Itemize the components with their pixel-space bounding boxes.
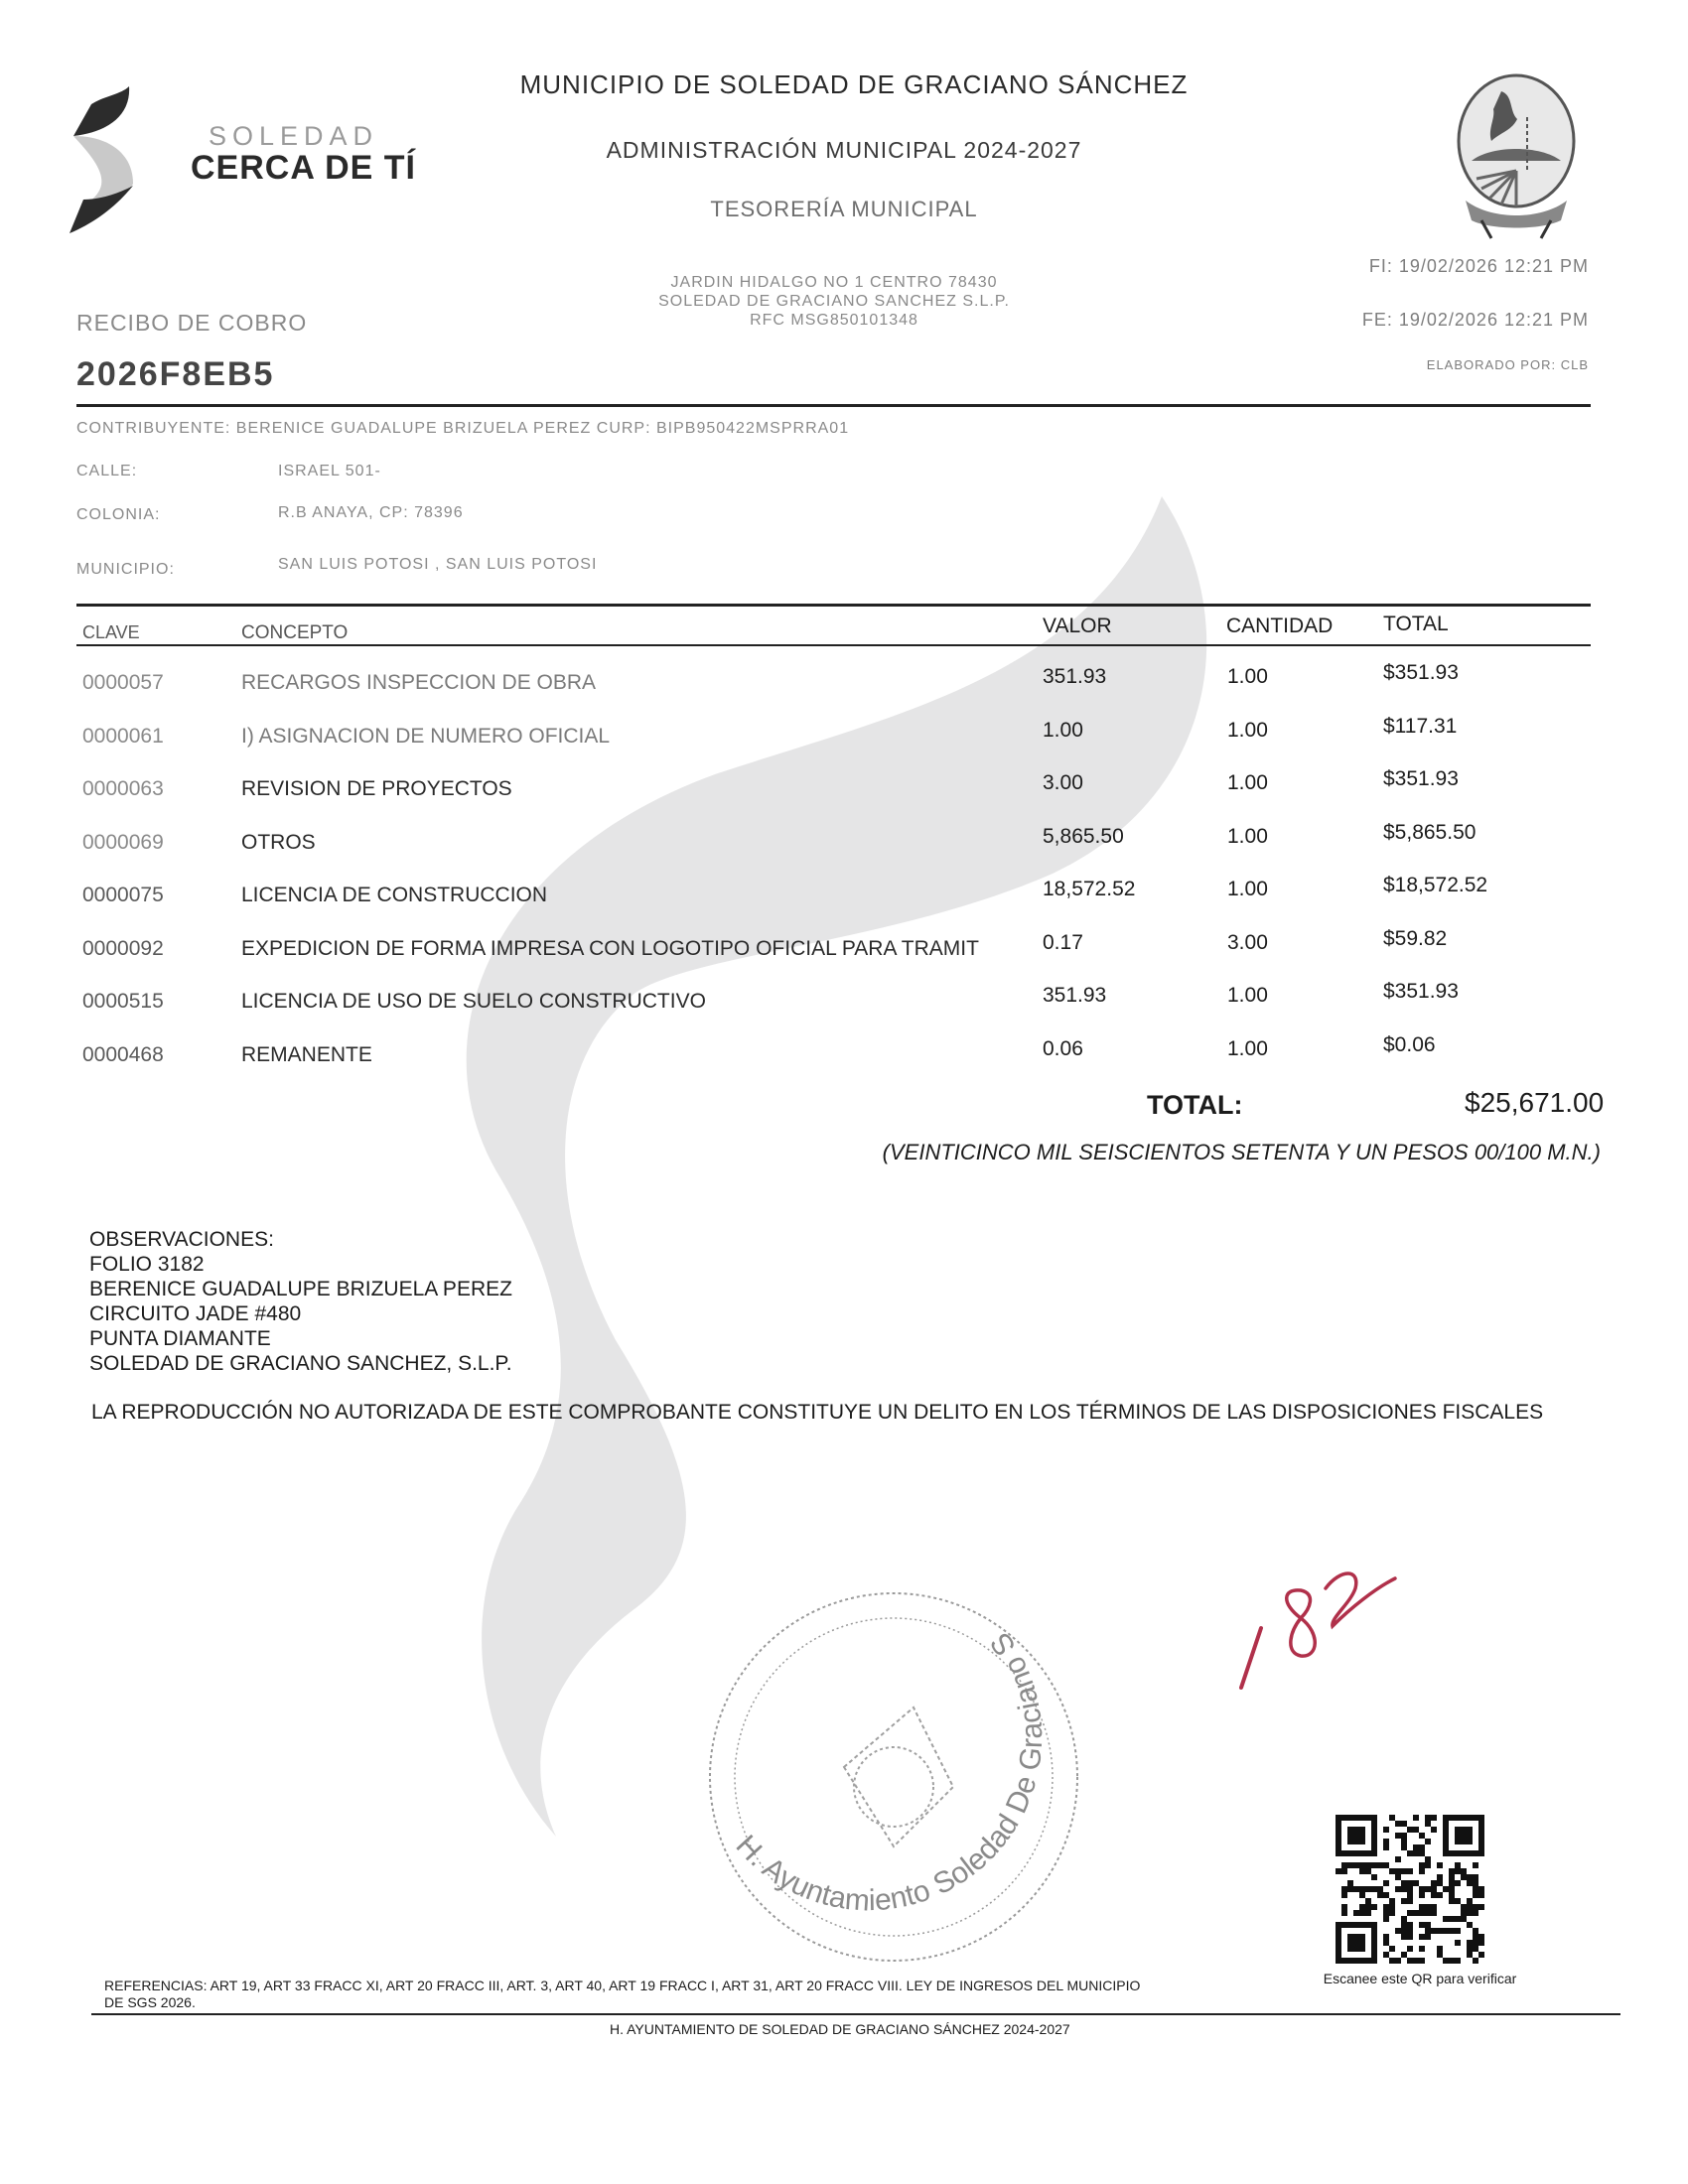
row-clave: 0000063: [82, 777, 164, 801]
row-cantidad: 1.00: [1227, 719, 1268, 743]
total-in-words: (VEINTICINCO MIL SEISCIENTOS SETENTA Y U…: [0, 1140, 1601, 1165]
observations: OBSERVACIONES: FOLIO 3182 BERENICE GUADA…: [89, 1227, 512, 1376]
prepared-by: ELABORADO POR: CLB: [1427, 357, 1589, 372]
colonia-value: R.B ANAYA, CP: 78396: [278, 504, 464, 522]
row-clave: 0000069: [82, 831, 164, 855]
row-cantidad: 3.00: [1227, 931, 1268, 955]
observation-line: CIRCUITO JADE #480: [89, 1301, 512, 1326]
table-header-rule: [76, 644, 1591, 646]
row-valor: 0.06: [1043, 1037, 1083, 1061]
row-clave: 0000075: [82, 884, 164, 907]
row-clave: 0000468: [82, 1043, 164, 1067]
row-total: $117.31: [1383, 715, 1457, 739]
row-valor: 1.00: [1043, 719, 1083, 743]
footer-text: H. AYUNTAMIENTO DE SOLEDAD DE GRACIANO S…: [610, 2021, 1070, 2037]
row-total: $0.06: [1383, 1033, 1436, 1057]
municipal-crest-icon: [1452, 71, 1581, 240]
row-cantidad: 1.00: [1227, 878, 1268, 901]
row-cantidad: 1.00: [1227, 1037, 1268, 1061]
row-total: $59.82: [1383, 927, 1447, 951]
row-concepto: OTROS: [241, 831, 316, 855]
row-total: $351.93: [1383, 980, 1459, 1004]
row-concepto: LICENCIA DE CONSTRUCCION: [241, 884, 547, 907]
address-line: RFC MSG850101348: [556, 311, 1112, 330]
legal-references: REFERENCIAS: ART 19, ART 33 FRACC XI, AR…: [104, 1978, 1147, 2011]
address-line: SOLEDAD DE GRACIANO SANCHEZ S.L.P.: [556, 292, 1112, 311]
row-clave: 0000061: [82, 725, 164, 749]
observations-heading: OBSERVACIONES:: [89, 1227, 512, 1252]
total-value: $25,671.00: [1465, 1087, 1604, 1119]
col-header-cantidad: CANTIDAD: [1226, 614, 1333, 638]
qr-caption: Escanee este QR para verificar: [1291, 1971, 1549, 1986]
row-concepto: REMANENTE: [241, 1043, 372, 1067]
row-concepto: LICENCIA DE USO DE SUELO CONSTRUCTIVO: [241, 990, 706, 1014]
row-valor: 351.93: [1043, 984, 1106, 1008]
col-header-concepto: CONCEPTO: [241, 622, 348, 644]
receipt-label: RECIBO DE COBRO: [76, 310, 307, 337]
row-valor: 5,865.50: [1043, 825, 1124, 849]
col-header-valor: VALOR: [1043, 614, 1112, 638]
col-header-clave: CLAVE: [82, 622, 140, 643]
effective-date: FE: 19/02/2026 12:21 PM: [1362, 310, 1589, 331]
qr-code-icon[interactable]: [1331, 1815, 1489, 1964]
contributor-line: CONTRIBUYENTE: BERENICE GUADALUPE BRIZUE…: [76, 420, 849, 438]
row-concepto: RECARGOS INSPECCION DE OBRA: [241, 671, 596, 695]
row-valor: 0.17: [1043, 931, 1083, 955]
row-concepto: I) ASIGNACION DE NUMERO OFICIAL: [241, 725, 610, 749]
municipio-label: MUNICIPIO:: [76, 561, 175, 579]
treasury-address: JARDIN HIDALGO NO 1 CENTRO 78430 SOLEDAD…: [556, 273, 1112, 330]
department-title: TESORERÍA MUNICIPAL: [0, 197, 1688, 222]
row-cantidad: 1.00: [1227, 665, 1268, 689]
legal-notice: LA REPRODUCCIÓN NO AUTORIZADA DE ESTE CO…: [91, 1400, 1611, 1426]
row-total: $351.93: [1383, 661, 1459, 685]
street-value: ISRAEL 501-: [278, 463, 381, 480]
row-clave: 0000092: [82, 937, 164, 961]
address-line: JARDIN HIDALGO NO 1 CENTRO 78430: [556, 273, 1112, 292]
row-clave: 0000057: [82, 671, 164, 695]
official-stamp-icon: H. Ayuntamiento Soledad De Graciano Sánc…: [675, 1549, 1092, 1985]
row-cantidad: 1.00: [1227, 984, 1268, 1008]
observation-line: BERENICE GUADALUPE BRIZUELA PEREZ: [89, 1277, 512, 1301]
row-total: $18,572.52: [1383, 874, 1487, 897]
colonia-label: COLONIA:: [76, 506, 160, 524]
row-total: $351.93: [1383, 767, 1459, 791]
row-concepto: REVISION DE PROYECTOS: [241, 777, 512, 801]
receipt-number: 2026F8EB5: [76, 355, 274, 394]
row-valor: 351.93: [1043, 665, 1106, 689]
footer-rule: [91, 2013, 1620, 2015]
row-valor: 18,572.52: [1043, 878, 1135, 901]
row-valor: 3.00: [1043, 771, 1083, 795]
issue-date: FI: 19/02/2026 12:21 PM: [1369, 256, 1589, 277]
divider: [76, 404, 1591, 407]
municipio-value: SAN LUIS POTOSI , SAN LUIS POTOSI: [278, 556, 597, 574]
street-label: CALLE:: [76, 463, 137, 480]
observation-line: FOLIO 3182: [89, 1252, 512, 1277]
stamp-text: H. Ayuntamiento Soledad De Graciano Sánc…: [675, 1549, 1049, 1918]
row-cantidad: 1.00: [1227, 825, 1268, 849]
table-top-rule: [76, 604, 1591, 607]
administration-title: ADMINISTRACIÓN MUNICIPAL 2024-2027: [0, 137, 1688, 164]
row-clave: 0000515: [82, 990, 164, 1014]
handwritten-note-182-icon: [1221, 1549, 1400, 1698]
row-cantidad: 1.00: [1227, 771, 1268, 795]
observation-line: SOLEDAD DE GRACIANO SANCHEZ, S.L.P.: [89, 1351, 512, 1376]
row-concepto: EXPEDICION DE FORMA IMPRESA CON LOGOTIPO…: [241, 937, 979, 961]
observation-line: PUNTA DIAMANTE: [89, 1326, 512, 1351]
svg-text:H. Ayuntamiento Soledad De Gra: H. Ayuntamiento Soledad De Graciano Sánc…: [675, 1549, 1049, 1918]
total-label: TOTAL:: [1147, 1090, 1242, 1121]
col-header-total: TOTAL: [1383, 613, 1449, 636]
municipality-title: MUNICIPIO DE SOLEDAD DE GRACIANO SÁNCHEZ: [0, 69, 1688, 100]
row-total: $5,865.50: [1383, 821, 1476, 845]
